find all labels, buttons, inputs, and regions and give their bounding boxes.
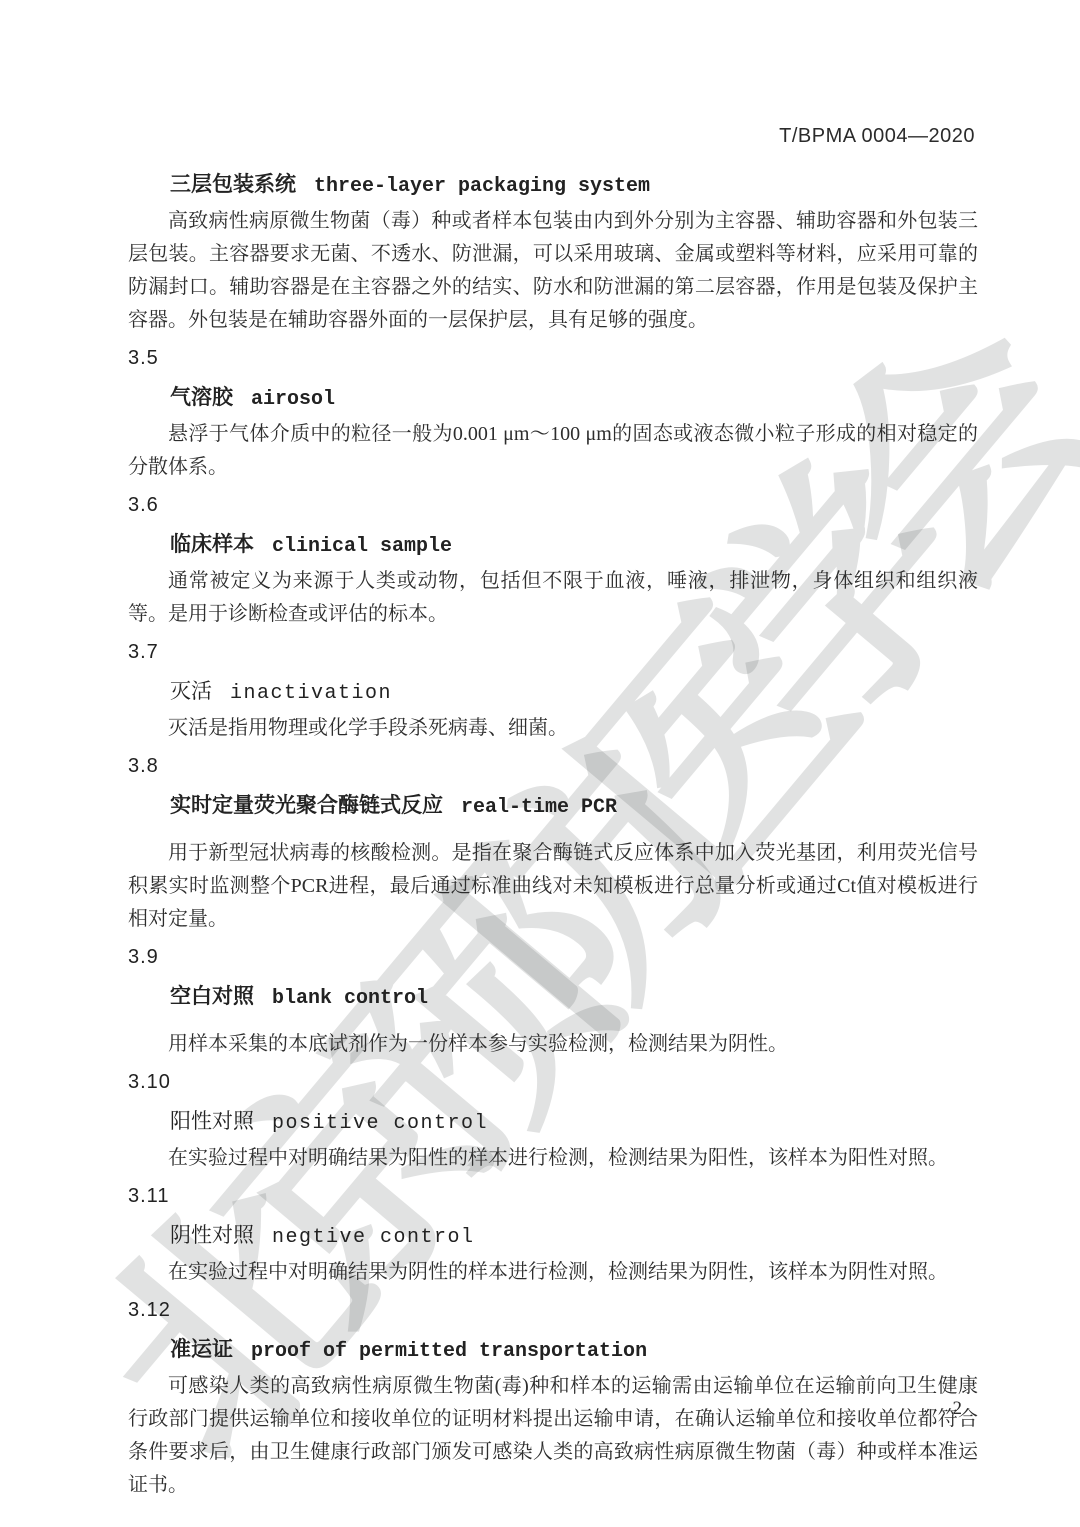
term-chinese: 阴性对照 [170,1223,254,1247]
section-number: 3.8 [128,753,978,779]
term-definition: 高致病性病原微生物菌（毒）种或者样本包装由内到外分别为主容器、辅助容器和外包装三… [128,205,978,337]
term-chinese: 气溶胶 [170,385,233,409]
section-number: 3.10 [128,1069,978,1095]
term-section: 3.10 阳性对照positive control 在实验过程中对明确结果为阳性… [128,1069,978,1175]
term-chinese: 阳性对照 [170,1109,254,1133]
term-definition: 可感染人类的高致病性病原微生物菌(毒)种和样本的运输需由运输单位在运输前向卫生健… [128,1370,978,1502]
term-definition: 在实验过程中对明确结果为阳性的样本进行检测，检测结果为阳性，该样本为阳性对照。 [128,1142,978,1175]
term-definition: 在实验过程中对明确结果为阴性的样本进行检测，检测结果为阴性，该样本为阴性对照。 [128,1256,978,1289]
term-section: 3.7 灭活inactivation 灭活是指用物理或化学手段杀死病毒、细菌。 [128,639,978,745]
term-heading: 准运证proof of permitted transportation [128,1335,978,1366]
term-heading: 空白对照blank control [128,982,978,1013]
term-heading: 阴性对照negtive control [128,1221,978,1252]
term-heading: 气溶胶airosol [128,383,978,414]
term-chinese: 准运证 [170,1337,233,1361]
term-definition: 通常被定义为来源于人类或动物，包括但不限于血液，唾液，排泄物，身体组织和组织液等… [128,565,978,631]
term-section: 3.12 准运证proof of permitted transportatio… [128,1297,978,1502]
term-definition: 用样本采集的本底试剂作为一份样本参与实验检测，检测结果为阴性。 [128,1028,978,1061]
term-english: clinical sample [272,535,452,558]
term-english: blank control [272,987,428,1010]
term-english: negtive control [272,1226,475,1249]
term-section: 三层包装系统three-layer packaging system 高致病性病… [128,170,978,337]
term-chinese: 三层包装系统 [170,172,296,196]
term-section: 3.8 实时定量荧光聚合酶链式反应real-time PCR 用于新型冠状病毒的… [128,753,978,936]
term-english: proof of permitted transportation [251,1340,647,1363]
terms-content: 三层包装系统three-layer packaging system 高致病性病… [128,170,978,1502]
term-heading: 临床样本clinical sample [128,530,978,561]
term-definition: 灭活是指用物理或化学手段杀死病毒、细菌。 [128,712,978,745]
term-chinese: 实时定量荧光聚合酶链式反应 [170,793,443,817]
standard-document-code: T/BPMA 0004—2020 [779,125,975,147]
section-number: 3.9 [128,944,978,970]
term-section: 3.5 气溶胶airosol 悬浮于气体介质中的粒径一般为0.001 μm～10… [128,345,978,484]
term-definition: 用于新型冠状病毒的核酸检测。是指在聚合酶链式反应体系中加入荧光基团，利用荧光信号… [128,837,978,936]
page-number: 2 [953,1398,963,1419]
term-heading: 阳性对照positive control [128,1107,978,1138]
term-heading: 灭活inactivation [128,677,978,708]
term-english: real-time PCR [461,796,617,819]
term-english: inactivation [230,682,392,705]
term-section: 3.9 空白对照blank control 用样本采集的本底试剂作为一份样本参与… [128,944,978,1061]
term-heading: 实时定量荧光聚合酶链式反应real-time PCR [128,791,978,822]
section-number: 3.7 [128,639,978,665]
term-chinese: 空白对照 [170,984,254,1008]
section-number: 3.6 [128,492,978,518]
term-heading: 三层包装系统three-layer packaging system [128,170,978,201]
term-section: 3.11 阴性对照negtive control 在实验过程中对明确结果为阴性的… [128,1183,978,1289]
document-page: 北京预防医学会 T/BPMA 0004—2020 三层包装系统three-lay… [0,0,1080,1527]
term-english: airosol [251,388,335,411]
term-english: three-layer packaging system [314,175,650,198]
section-number: 3.12 [128,1297,978,1323]
section-number: 3.5 [128,345,978,371]
page-footer: 2 [953,1398,963,1420]
term-chinese: 灭活 [170,679,212,703]
term-section: 3.6 临床样本clinical sample 通常被定义为来源于人类或动物，包… [128,492,978,631]
section-number: 3.11 [128,1183,978,1209]
term-sections-list: 三层包装系统three-layer packaging system 高致病性病… [128,170,978,1502]
term-chinese: 临床样本 [170,532,254,556]
page-header: T/BPMA 0004—2020 [0,0,1080,148]
term-english: positive control [272,1112,488,1135]
term-definition: 悬浮于气体介质中的粒径一般为0.001 μm～100 μm的固态或液态微小粒子形… [128,418,978,484]
